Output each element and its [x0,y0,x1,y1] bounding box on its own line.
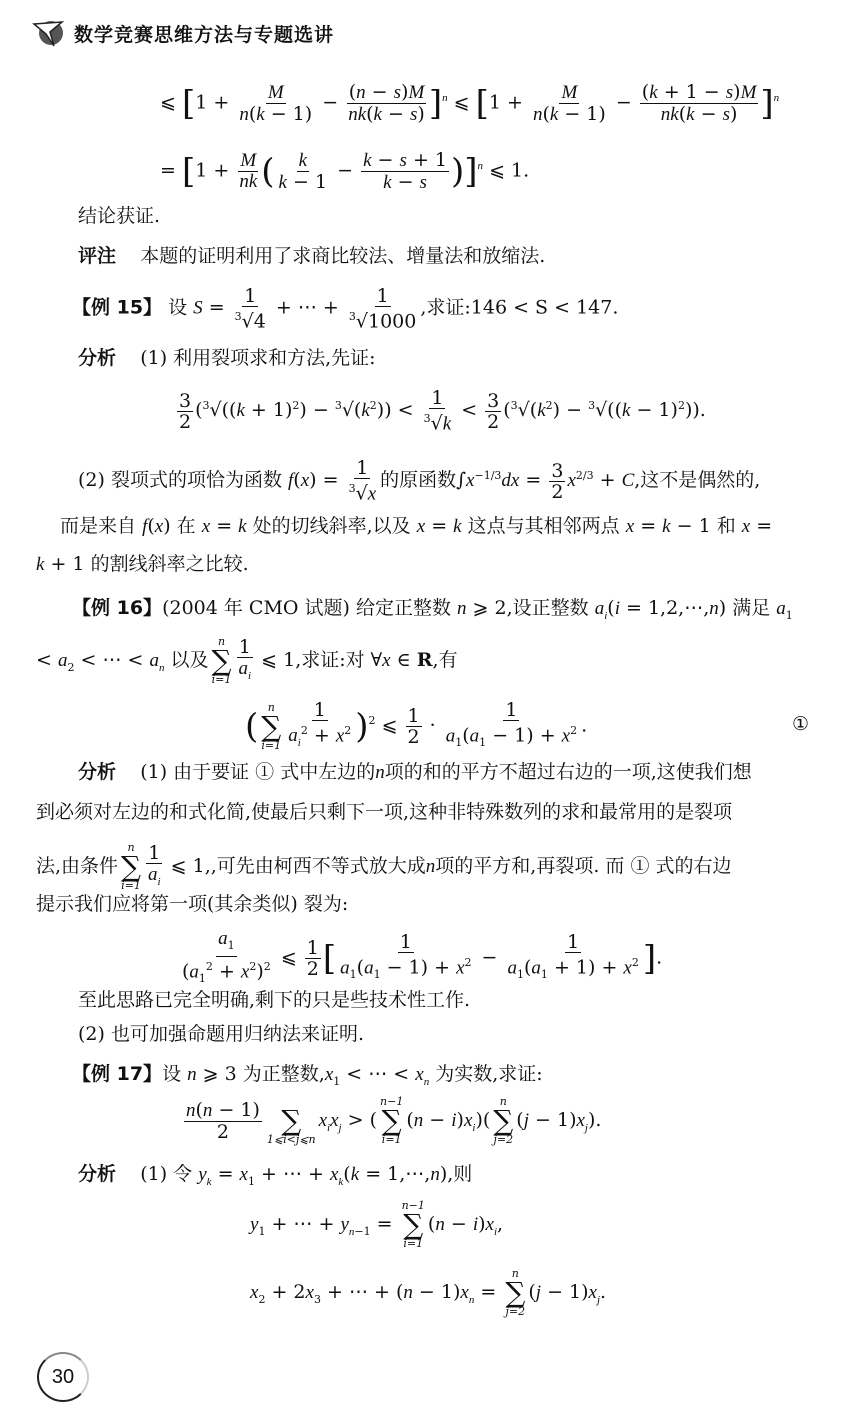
example-15-analysis-2: (2) 裂项式的项恰为函数 f(x) = 13√x的原函数∫x−1/3dx = … [78,458,760,504]
remark-label: 评注 [78,245,116,267]
text: 为实数,求证: [435,1063,542,1085]
text: 设 [162,1063,181,1085]
text: ,设正整数 [507,597,589,619]
text: (1) 由于要证 ① 式中左边的 [140,761,375,783]
example-17-analysis-1: 分析 (1) 令 yk = x1 + ⋯ + xk(k = 1,⋯,n),则 [78,1162,472,1194]
running-header: 数学竞赛思维方法与专题选讲 [32,18,334,48]
text: (1) 利用裂项求和方法,先证: [140,347,375,369]
text: 而是来自 [60,515,136,537]
text: 设 [168,297,187,319]
example-15-statement: 【例 15】 设 S = 13√4 + ⋯ + 13√1000,求证:146 <… [72,286,618,331]
text: 以及 [171,649,209,671]
text: ,求证:对 [295,649,364,671]
text: (1) 令 [140,1163,192,1185]
conclusion-text: 结论获证. [78,204,160,228]
example-16-analysis-6: (2) 也可加强命题用归纳法来证明. [78,1022,364,1046]
example-16-analysis-4: 提示我们应将第一项(其余类似) 裂为: [36,892,348,916]
text: ,有 [433,649,458,671]
example-16-label: 【例 16】 [72,597,162,619]
equation-split: a1(a12 + x2)2 ⩽ 12[1a1(a1 − 1) + x2 − 1a… [178,928,662,989]
text: 和 [717,515,736,537]
paper-plane-logo-icon [32,18,66,48]
analysis-label: 分析 [78,347,116,369]
analysis-label: 分析 [78,761,116,783]
example-15-label: 【例 15】 [72,297,162,319]
remark-text: 本题的证明利用了求商比较法、增量法和放缩法. [140,245,545,267]
text: 项的和的平方不超过右边的一项,这使我们想 [385,761,752,783]
equation-ex15-bound: 32(3√((k + 1)2) − 3√(k2)) < 13√k < 32(3√… [175,388,706,434]
equation-ex17-x-sum: x2 + 2x3 + ⋯ + (n − 1)xn = n∑j=2(j − 1)x… [250,1268,606,1318]
equation-marker: ① [792,712,809,736]
text: 这点与其相邻两点 [468,515,620,537]
text: 项的平方和,再裂项. 而 ① 式的右边 [435,855,731,877]
text: 的割线斜率之比较. [91,553,249,575]
text: ,这不是偶然的, [634,469,760,491]
text: ,,可先由柯西不等式放大成 [205,855,426,877]
text: 的原函数 [380,469,456,491]
analysis-label: 分析 [78,1163,116,1185]
text: 处的切线斜率,以及 [253,515,411,537]
text: 满足 [732,597,770,619]
remark: 评注 本题的证明利用了求商比较法、增量法和放缩法. [78,244,545,268]
page-number-badge: 30 [37,1352,89,1402]
example-16-analysis-1: 分析 (1) 由于要证 ① 式中左边的n项的和的平方不超过右边的一项,这使我们想 [78,760,752,785]
book-title: 数学竞赛思维方法与专题选讲 [74,20,334,47]
example-16-analysis-2: 到必须对左边的和式化简,使最后只剩下一项,这种非特殊数列的求和最常用的是裂项 [36,800,732,824]
text: 法,由条件 [36,855,118,877]
text: 在 [177,515,196,537]
example-17-label: 【例 17】 [72,1063,162,1085]
example-16-statement-1: 【例 16】(2004 年 CMO 试题) 给定正整数 n ⩾ 2,设正整数 a… [72,596,793,628]
equation-ex17: n(n − 1)2 ∑1⩽i<j⩽nxixj > (n−1∑i=1(n − i)… [182,1096,601,1146]
text: 为正整数, [243,1063,325,1085]
example-16-analysis-3: 法,由条件n∑i=11ai ⩽ 1,,可先由柯西不等式放大成n项的平方和,再裂项… [36,842,732,892]
equation-top-1: ⩽ [1 + Mn(k − 1) − (n − s)Mnk(k − s)]n ⩽… [160,82,779,125]
example-16-statement-2: < a2 < ⋯ < an 以及n∑i=11ai ⩽ 1,求证:对 ∀x ∈ R… [36,636,458,686]
page-number: 30 [52,1366,74,1389]
example-15-analysis-line3: k + 1 的割线斜率之比较. [36,552,249,577]
text: ,求证:146 < S < 147. [420,297,618,319]
text: ,则 [447,1163,472,1185]
example-15-analysis-1: 分析 (1) 利用裂项求和方法,先证: [78,346,376,370]
text: (2) 裂项式的项恰为函数 [78,469,282,491]
example-16-analysis-5: 至此思路已完全明确,剩下的只是些技术性工作. [78,988,470,1012]
equation-top-2: = [1 + Mnk(kk − 1 − k − s + 1k − s)]n ⩽ … [160,150,529,193]
example-15-analysis-line2: 而是来自 f(x) 在 x = k 处的切线斜率,以及 x = k 这点与其相邻… [60,514,772,539]
equation-ex17-y-sum: y1 + ⋯ + yn−1 = n−1∑i=1(n − i)xi, [250,1200,503,1250]
equation-1: (n∑i=11ai2 + x2)2 ⩽ 12 · 1a1(a1 − 1) + x… [245,700,587,753]
text: (2004 年 CMO 试题) 给定正整数 [162,597,451,619]
example-17-statement: 【例 17】设 n ⩾ 3 为正整数,x1 < ⋯ < xn 为实数,求证: [72,1062,543,1094]
